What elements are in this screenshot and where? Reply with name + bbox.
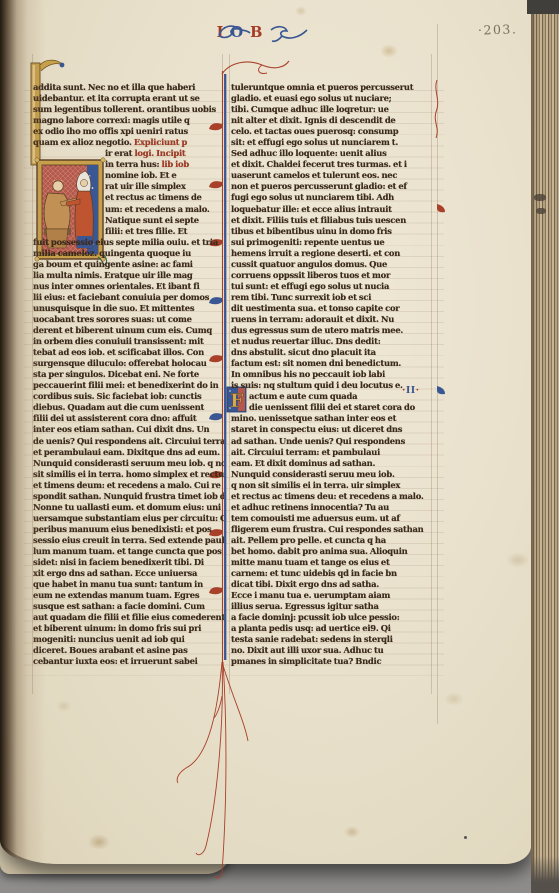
edge-smudge (534, 194, 546, 201)
text-line: diceret. Boues arabant et asine pas (33, 645, 224, 656)
text-line: fugi ego solus ut nunciarem tibi. Adh (231, 192, 433, 203)
text-line: lia multa nimis. Eratque uir ille mag (33, 270, 224, 281)
text-line: nit alter et dixit. Ignis di descendit d… (231, 115, 433, 126)
text-line: tebat ad eos iob. et scificabat illos. C… (33, 347, 224, 358)
text-line: peribus manuum eius benedixisti: et pos (33, 524, 224, 535)
text-line: Nunquid considerasti seruu meu iob. (231, 469, 433, 480)
gutter-shadow (0, 0, 46, 864)
text-line: et biberent uinum: in domo fris sui pri (33, 623, 224, 634)
text-line: peccauerint filii mei: et benedixerint d… (33, 380, 224, 391)
text-line: rat uir ille simplex (33, 181, 224, 192)
text-line: xit ergo dns ad sathan. Ecce uniuersa (33, 568, 224, 579)
text-line: Nunquid considerasti seruum meu iob. q n… (33, 458, 224, 469)
text-line: tui sunt: et effugi ego solus ut nucia (231, 281, 433, 292)
text-line: ir erat logi. Incipit (33, 148, 224, 159)
text-line: milia cameloz. quingenta quoque iu (33, 248, 224, 259)
stain (56, 700, 72, 712)
text-line: quam ex alioz negotio. Expliciunt p (33, 137, 224, 148)
text-line: tibi. Cumque adhuc ille loqretur: ue (231, 104, 433, 115)
text-line: mino. uenissetque sathan inter eos et (231, 413, 433, 424)
text-line: staret in conspectu eius: ut diceret dns (231, 424, 433, 435)
text-line: diebus. Quadam aut die cum uenissent (33, 402, 224, 413)
text-line: filii: et tres filie. Et (33, 226, 224, 237)
text-line: gladio. et euasi ego solus ut nuciare; (231, 93, 433, 104)
text-line: surgensque diluculo: offerebat holocau (33, 358, 224, 369)
text-line: corruens oppssit liberos tuos et mor (231, 270, 433, 281)
text-line: a planta pedis usq: ad uertice ei9. Qi (231, 623, 433, 634)
text-line: uidebantur. et ita corrupta erant ut se (33, 93, 224, 104)
text-line: spondit sathan. Nunquid frustra timet io… (33, 491, 224, 502)
header-flourish-left-icon (217, 22, 251, 42)
fore-edge-top-shadow (527, 0, 559, 14)
text-line: factum est: sit nomen dni benedictum. (231, 358, 433, 369)
text-line: ait. Pellem pro pelle. et cuncta q ha (231, 535, 433, 546)
fore-edge-pages (531, 6, 559, 880)
text-line: et dixit. Filiis tuis et filiabus tuis u… (231, 215, 433, 226)
text-line: illius serua. Egressus igitur satha (231, 601, 433, 612)
text-column-left: addita sunt. Nec no et illa que haberiui… (33, 82, 224, 667)
text-line: dns abstulit. sicut dno placuit ita (231, 347, 433, 358)
text-line: Natique sunt ei septe (33, 215, 224, 226)
text-line: et dixit. Chaldei fecerut tres turmas. e… (231, 159, 433, 170)
running-title-letter: B (250, 24, 269, 41)
text-line: cebantur iuxta eos: et irruerunt sabei (33, 656, 224, 667)
header-flourish-right-icon (269, 22, 309, 44)
text-line: addita sunt. Nec no et illa que haberi (33, 82, 224, 93)
text-line: et rectus ac timens de (33, 192, 224, 203)
edge-smudge (536, 208, 546, 214)
text-line: dicat tibi. Dixit ergo dns ad satha. (231, 579, 433, 590)
text-line: unusquisque in die suo. Et mittentes (33, 303, 224, 314)
text-line: ruens in terram: adorauit et dixit. Nu (231, 314, 433, 325)
stain (444, 692, 464, 706)
text-line: eum ne extendas manum tuam. Egres (33, 590, 224, 601)
text-line: et perambulaui eam. Dixitque dns ad eum. (33, 447, 224, 458)
text-line: a facie dominj: pcussit iob ulce pessio: (231, 612, 433, 623)
stain (506, 552, 530, 568)
text-line: Ecce i manu tua e. uerumptam aiam (231, 590, 433, 601)
text-line: sta per singulos. Dicebat eni. Ne forte (33, 369, 224, 380)
text-line: aut quadam die filii et filie eius comed… (33, 612, 224, 623)
stain (344, 826, 360, 838)
text-line: ex odio iho mo offis xpi ueniri ratus (33, 126, 224, 137)
text-line: no. Dixit aut illi uxor sua. Adhuc tu (231, 645, 433, 656)
text-line: lii eius: et faciebant conuiuia per domo… (33, 292, 224, 303)
text-line: eam. Et dixit dominus ad sathan. (231, 458, 433, 469)
text-line: loquebatur ille: et ecce alius intrauit (231, 204, 433, 215)
ink-speck (464, 836, 467, 839)
text-line: non et pueros percusserunt gladio: et ef (231, 181, 433, 192)
text-line: uocabant tres sorores suas: ut come (33, 314, 224, 325)
text-line: et adhuc retinens innocentia? Tu au (231, 502, 433, 513)
stain (295, 6, 307, 16)
folio-number: ·203. (478, 21, 518, 37)
text-line: magno labore correxi: magis utile q (33, 115, 224, 126)
text-line: pmanes in simplicitate tua? Bndic (231, 656, 433, 667)
text-line: sessio eius creuit in terra. Sed extende… (33, 535, 224, 546)
text-line: de uenis? Qui respondens ait. Circuiui t… (33, 436, 224, 447)
text-line: tem comouisti me aduersus eum. ut af (231, 513, 433, 524)
text-line: dit uestimenta sua. et tonso capite cor (231, 303, 433, 314)
text-line: ait. Circuiui terram: et pambulaui (231, 447, 433, 458)
text-line: in terra hus: lib iob (33, 159, 224, 170)
text-line: tibus et bibentibus uinu in domo fris (231, 226, 433, 237)
text-line: nus inter omnes orientales. Et ibant fi (33, 281, 224, 292)
text-line: que habet in manu tua sunt: tantum in (33, 579, 224, 590)
text-line: Nonne tu uallasti eum. et domum eius: un… (33, 502, 224, 513)
stain (380, 44, 398, 58)
text-line: uersamque substantiam eius per circuitu:… (33, 513, 224, 524)
text-line: rem tibi. Tunc surrexit iob et sci (231, 292, 433, 303)
stain (88, 834, 110, 850)
text-line: nomine iob. Et e (33, 170, 224, 181)
text-line: mitte manu tuam et tange os eius et (231, 557, 433, 568)
text-line: hemens irruit a regione deserti. et con (231, 248, 433, 259)
text-line: In omnibus his no peccauit iob labi (231, 369, 433, 380)
text-line: derent et biberent uinum cum eis. Cumq (33, 325, 224, 336)
text-line: et timens deum: et recedens a malo. Cui … (33, 480, 224, 491)
text-line: cordibus suis. Sic faciebat iob: cunctis (33, 391, 224, 402)
text-line: die uenissent filii dei et staret cora d… (231, 402, 433, 413)
text-line: uaserunt camelos et tulerunt eos. nec (231, 170, 433, 181)
text-line: tuleruntque omnia et pueros percusserut (231, 82, 433, 93)
text-line: et nudus reuertar illuc. Dns dedit: (231, 336, 433, 347)
text-line: um: et recedens a malo. (33, 204, 224, 215)
fore-edge-bottom-shadow (531, 856, 559, 893)
text-line: celo. et tactas oues puerosq: consump (231, 126, 433, 137)
text-line: ga boum et quingente asine: ac fami (33, 259, 224, 270)
text-line: sum legentibus tollerent. orantibus uobi… (33, 104, 224, 115)
text-line: actum e aute cum quada (231, 391, 433, 402)
text-line: mogeniti: nuncius uenit ad iob qui (33, 634, 224, 645)
text-line: carnem: et tunc uidebis qd in facie bn (231, 568, 433, 579)
text-line: sit: et effugi ego solus ut nunciarem t. (231, 137, 433, 148)
text-line: filii dei ut assisterent cora dno: affui… (33, 413, 224, 424)
manuscript-photo: IOB ·203. (0, 0, 559, 893)
text-line: ad sathan. Unde uenis? Qui respondens (231, 436, 433, 447)
text-line: lum manum tuam. et tange cuncta que pos (33, 546, 224, 557)
text-line: testa sanie radebat: sedens in sterqli (231, 634, 433, 645)
text-line: in orbem dies conuiuii transissent: mit (33, 336, 224, 347)
text-line: sit similis ei in terra. homo simplex et… (33, 469, 224, 480)
text-line: susque est sathan: a facie domini. Cum (33, 601, 224, 612)
text-line: sidet: nisi in faciem benedixerit tibi. … (33, 557, 224, 568)
text-line: cussit quatuor angulos domus. Que (231, 259, 433, 270)
running-title: IOB (148, 22, 338, 41)
text-line: dus egressus sum de utero matris mee. (231, 325, 433, 336)
text-line: q non sit similis ei in terra. uir simpl… (231, 480, 433, 491)
text-line: is suis: nq stultum quid i deu locutus e… (231, 380, 433, 391)
text-line: fuit possessio eius septe milia ouiu. et… (33, 237, 224, 248)
text-line: fligerem eum frustra. Cui respondes sath… (231, 524, 433, 535)
text-line: et rectus ac timens deu: et recedens a m… (231, 491, 433, 502)
text-line: sui primogeniti: repente uentus ue (231, 237, 433, 248)
text-line: Sed adhuc illo loquente: uenit alius (231, 148, 433, 159)
text-column-right: tuleruntque omnia et pueros percusserutg… (231, 82, 433, 667)
text-line: inter eos etiam sathan. Cui dixit dns. U… (33, 424, 224, 435)
text-line: bet homo. dabit pro anima sua. Alioquin (231, 546, 433, 557)
